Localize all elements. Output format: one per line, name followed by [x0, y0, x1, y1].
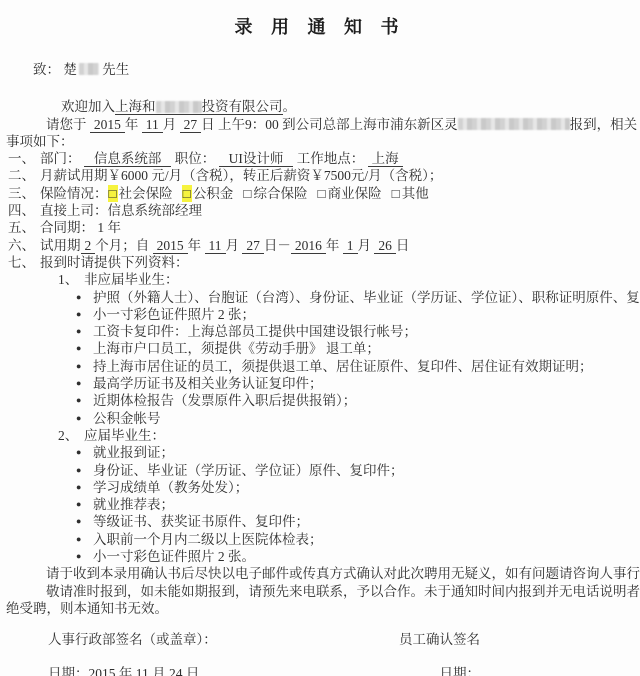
- list-item: ●就业推荐表；: [76, 496, 640, 513]
- bullet-icon: ●: [76, 340, 93, 357]
- insurance-option: □社会保险: [108, 186, 173, 201]
- position-label: 职位：: [175, 151, 216, 166]
- welcome-lead: 欢迎加入: [61, 99, 115, 114]
- list-item: ●公积金帐号: [76, 410, 640, 427]
- bullet-icon: ●: [76, 289, 93, 306]
- list-item: ●小一寸彩色证件照片 2 张。: [76, 548, 640, 565]
- item-insurance: 三、 保险情况：□社会保险□公积金□综合保险□商业保险□其他: [8, 185, 640, 202]
- subsection-title: 非应届毕业生：: [84, 271, 179, 288]
- dept-label: 部门：: [40, 151, 81, 166]
- date-row: 日期：2015 年 11 月 24 日 日期：: [48, 665, 640, 676]
- materials-heading-text: 报到时请提供下列资料：: [40, 254, 189, 271]
- closing-paragraph-2: 敬请准时报到，如未能如期报到，请预先来电联系，予以合作。未于通知时间内报到并无电…: [46, 583, 640, 600]
- report-year: 2015: [90, 117, 125, 133]
- list-item: ●小一寸彩色证件照片 2 张；: [76, 306, 640, 323]
- closing-paragraph-1: 请于收到本录用确认书后尽快以电子邮件或传真方式确认对此次聘用无疑义，如有问题请咨…: [46, 565, 640, 582]
- checkbox-icon: □: [316, 185, 326, 202]
- employee-signature-label: 员工确认签名: [399, 631, 480, 648]
- bullet-icon: ●: [76, 392, 93, 409]
- checkbox-icon: □: [242, 185, 252, 202]
- list-item: ●身份证、毕业证（学历证、学位证）原件、复印件；: [76, 462, 640, 479]
- item-salary: 二、 月薪试用期￥6000 元/月（含税），转正后薪资￥7500元/月（含税）；: [8, 167, 640, 184]
- bullet-icon: ●: [76, 496, 93, 513]
- position-value: UI设计师: [219, 151, 294, 167]
- company-name: 上海和投资有限公司: [115, 99, 283, 115]
- bullet-icon: ●: [76, 462, 93, 479]
- report-day: 27: [180, 117, 202, 133]
- list-item: ●上海市户口员工，须提供《劳动手册》 退工单；: [76, 340, 640, 357]
- redacted-address: [458, 118, 570, 130]
- insurance-option: □综合保险: [242, 186, 307, 201]
- bullet-icon: ●: [76, 410, 93, 427]
- probation-end-year: 2016: [291, 238, 326, 254]
- insurance-option: □其他: [391, 186, 429, 201]
- probation-start-year: 2015: [153, 238, 188, 254]
- list-item: ●等级证书、获奖证书原件、复印件；: [76, 513, 640, 530]
- list-item: ●护照（外籍人士）、台胞证（台湾）、身份证、毕业证（学历证、学位证）、职称证明原…: [76, 289, 640, 306]
- probation-start-day: 27: [242, 238, 264, 254]
- offer-letter-document: 录 用 通 知 书 致： 楚 先生 欢迎加入上海和投资有限公司。 请您于 201…: [0, 0, 640, 676]
- report-month: 11: [142, 117, 163, 133]
- item-probation: 六、 试用期2个月；自 2015年 11月 27日－2016年 1月 26日: [8, 237, 640, 254]
- list-item: ●工资卡复印件：上海总部员工提供中国建设银行帐号；: [76, 323, 640, 340]
- item-department: 一、 部门： 信息系统部 职位： UI设计师 工作地点： 上海: [8, 150, 640, 167]
- insurance-option: □商业保险: [316, 186, 381, 201]
- report-line-continuation: 事项如下：: [6, 133, 640, 150]
- list-item: ●近期体检报告（发票原件入职后提供报销）；: [76, 392, 640, 409]
- honorific: 先生: [102, 62, 129, 77]
- bullet-icon: ●: [76, 548, 93, 565]
- report-line: 请您于 2015年 11月 27日 上午9：00 到公司总部上海市浦东新区灵报到…: [46, 116, 640, 133]
- bullet-icon: ●: [76, 323, 93, 340]
- location-label: 工作地点：: [297, 151, 365, 166]
- bullet-icon: ●: [76, 444, 93, 461]
- probation-end-month: 1: [343, 238, 358, 254]
- report-destination: 到公司总部上海市浦东新区灵: [282, 117, 458, 132]
- checkbox-icon: □: [108, 185, 118, 202]
- list-item: ●持上海市居住证的员工，须提供退工单、居住证原件、复印件、居住证有效期证明；: [76, 358, 640, 375]
- insurance-option: □公积金: [182, 186, 234, 201]
- probation-end-day: 26: [374, 238, 396, 254]
- closing-paragraph-2-wrap: 绝受聘，则本通知书无效。: [6, 600, 640, 617]
- salary-text: 月薪试用期￥6000 元/月（含税），转正后薪资￥7500元/月（含税）；: [40, 167, 442, 184]
- redacted-recipient-name: [79, 63, 99, 75]
- dept-value: 信息系统部: [84, 151, 172, 167]
- employee-date-label: 日期：: [440, 665, 481, 676]
- signature-row: 人事行政部签名（或盖章）： 员工确认签名: [48, 631, 640, 648]
- bullet-icon: ●: [76, 479, 93, 496]
- list-item: ●最高学历证书及相关业务认证复印件；: [76, 375, 640, 392]
- supervisor-text: 直接上司：信息系统部经理: [40, 202, 202, 219]
- redacted-company-name: [156, 101, 202, 113]
- checkbox-icon: □: [391, 185, 401, 202]
- salutation-line: 致： 楚 先生: [33, 61, 640, 78]
- contract-term-text: 合同期： 1 年: [40, 219, 121, 236]
- document-title: 录 用 通 知 书: [0, 0, 640, 39]
- location-value: 上海: [368, 151, 403, 167]
- salutation-label: 致：: [33, 62, 60, 77]
- checkbox-icon: □: [182, 185, 192, 202]
- subsection-graduates: 2、 应届毕业生：: [58, 427, 640, 444]
- welcome-line: 欢迎加入上海和投资有限公司。: [61, 98, 640, 115]
- list-item: ●入职前一个月内二级以上医院体检表；: [76, 531, 640, 548]
- hr-date: 日期：2015 年 11 月 24 日: [48, 665, 199, 676]
- hr-signature-label: 人事行政部签名（或盖章）：: [48, 631, 217, 648]
- item-materials-heading: 七、 报到时请提供下列资料：: [8, 254, 640, 271]
- report-time: 上午9：00: [218, 117, 279, 132]
- bullet-icon: ●: [76, 358, 93, 375]
- bullet-icon: ●: [76, 375, 93, 392]
- insurance-label: 保险情况：: [40, 186, 108, 201]
- item-supervisor: 四、 直接上司：信息系统部经理: [8, 202, 640, 219]
- hr-date-value: 2015 年 11 月 24 日: [89, 666, 200, 676]
- list-item: ●学习成绩单（教务处发）；: [76, 479, 640, 496]
- probation-months: 2: [81, 238, 96, 254]
- bullet-icon: ●: [76, 531, 93, 548]
- item-contract-term: 五、 合同期： 1 年: [8, 219, 640, 236]
- bullet-icon: ●: [76, 513, 93, 530]
- probation-start-month: 11: [205, 238, 226, 254]
- subsection-title: 应届毕业生：: [84, 427, 165, 444]
- list-item: ●就业报到证；: [76, 444, 640, 461]
- recipient-name: 楚: [63, 62, 79, 77]
- bullet-icon: ●: [76, 306, 93, 323]
- subsection-non-graduates: 1、 非应届毕业生：: [58, 271, 640, 288]
